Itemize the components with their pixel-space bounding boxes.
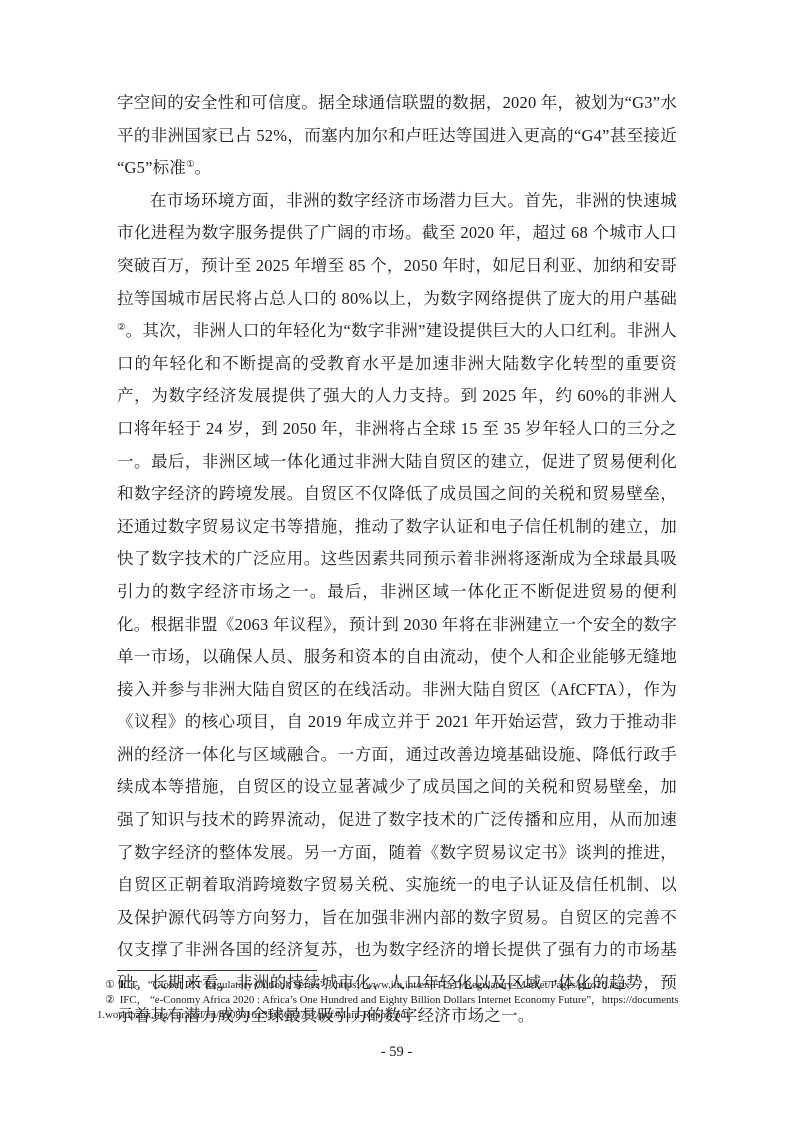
paragraph-continuation: 字空间的安全性和可信度。据全球通信联盟的数据，2020 年，被划为“G3”水平的… [117,87,677,185]
paragraph-market-text-2: 。其次，非洲人口的年轻化为“数字非洲”建设提供巨大的人口红利。非洲人口的年轻化和… [117,321,677,1024]
footnote-ref-1: ① [186,160,195,170]
document-page: 字空间的安全性和可信度。据全球通信联盟的数据，2020 年，被划为“G3”水平的… [0,0,793,1122]
footnote-1-text: ICT，“Global ICT Regulatory Outlook Serie… [120,979,630,991]
footnotes-section: ①ICT，“Global ICT Regulatory Outlook Seri… [97,970,683,1022]
body-text-block: 字空间的安全性和可信度。据全球通信联盟的数据，2020 年，被划为“G3”水平的… [117,87,677,1032]
page-number: - 59 - [0,1044,793,1061]
paragraph-continuation-end: 。 [195,158,212,177]
footnote-ref-2: ② [117,323,126,333]
footnote-1: ①ICT，“Global ICT Regulatory Outlook Seri… [97,978,683,993]
footnote-2: ②IFC， “e-Conomy Africa 2020 : Africa’s O… [97,993,683,1023]
footnote-2-marker: ② [105,994,115,1006]
footnote-1-marker: ① [105,979,115,991]
footnote-separator-rule [117,970,317,971]
paragraph-market-environment: 在市场环境方面，非洲的数字经济市场潜力巨大。首先，非洲的快速城市化进程为数字服务… [117,185,677,1032]
footnote-2-text: IFC， “e-Conomy Africa 2020 : Africa’s On… [97,994,679,1021]
paragraph-market-text-1: 在市场环境方面，非洲的数字经济市场潜力巨大。首先，非洲的快速城市化进程为数字服务… [117,191,677,308]
